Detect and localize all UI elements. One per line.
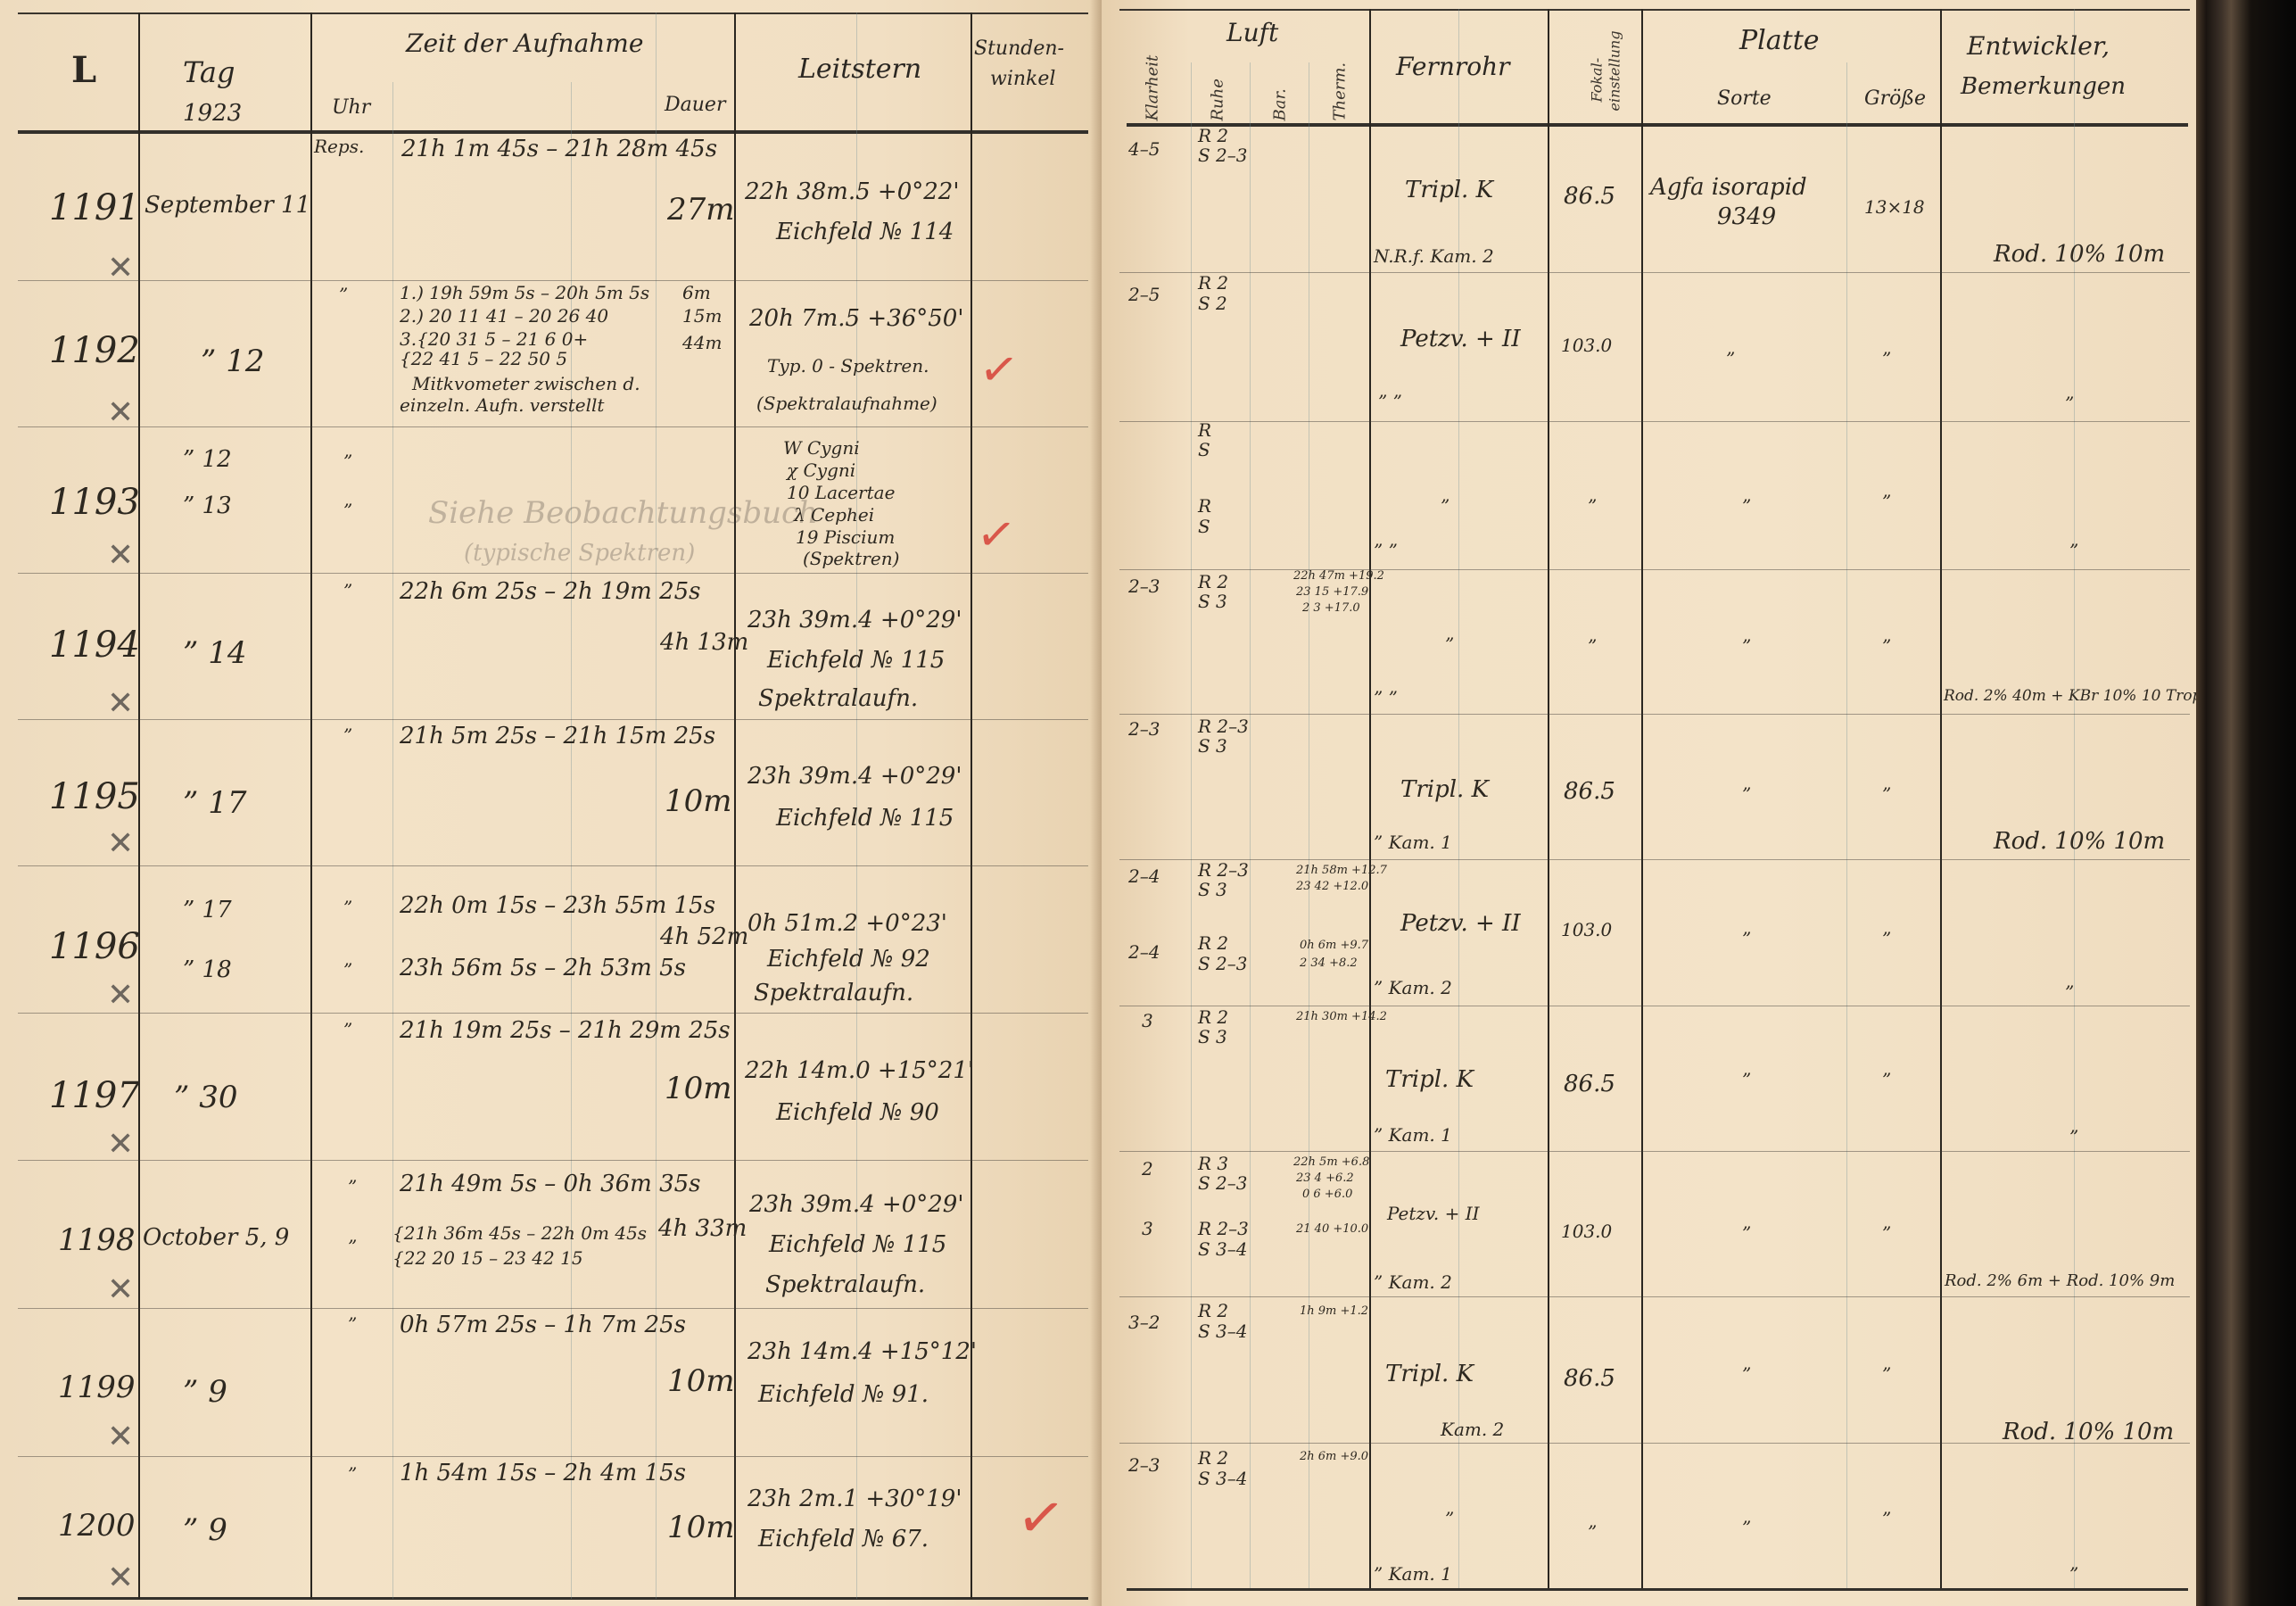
entry-leitstern: Eichfeld № 115	[776, 805, 954, 832]
red-check-icon: ✓	[1012, 1483, 1069, 1555]
header-bemerkungen: Bemerkungen	[1961, 73, 2126, 100]
entry-tag: ” 17	[183, 897, 232, 923]
entry-number: 1196	[49, 926, 140, 967]
entry-number: 1197	[49, 1075, 140, 1116]
entry-groesse: ”	[1882, 1222, 1891, 1244]
entry-zeit: {22 20 15 – 23 42 15	[392, 1247, 583, 1269]
entry-ruhe: R 2	[1198, 1300, 1228, 1321]
entry-therm: 23 15 +17.9	[1296, 585, 1368, 599]
entry-leitstern: 20h 7m.5 +36°50'	[749, 305, 963, 332]
row-line	[18, 426, 1088, 427]
row-line	[1119, 714, 2190, 715]
header-rule	[1127, 123, 2188, 127]
row-line	[1119, 1006, 2190, 1006]
entry-klarheit: 3	[1142, 1010, 1153, 1031]
pencil-x-icon: ✕	[107, 1419, 134, 1455]
entry-tag: ” 9	[183, 1374, 227, 1410]
entry-fernrohr: Tripl. K	[1385, 1361, 1474, 1387]
entry-fernrohr: ”	[1441, 495, 1449, 517]
entry-dauer: 10m	[665, 1071, 732, 1106]
entry-ruhe: R 2–3	[1198, 859, 1249, 881]
entry-zeit: 21h 5m 25s – 21h 15m 25s	[400, 723, 715, 749]
entry-klarheit: 2–3	[1128, 575, 1160, 597]
pencil-x-icon: ✕	[107, 825, 134, 862]
entry-zeit-note: (typische Spektren)	[464, 540, 695, 567]
entry-klarheit: 2–3	[1128, 1454, 1160, 1476]
entry-fernrohr-sub: N.R.f. Kam. 2	[1374, 245, 1494, 267]
entry-ruhe: S 3–4	[1198, 1468, 1248, 1489]
col-divider-dauer	[656, 12, 657, 1599]
row-line	[1119, 569, 2190, 570]
entry-fokal: ”	[1588, 495, 1597, 517]
entry-zeit: {22 41 5 – 22 50 5	[400, 348, 567, 369]
entry-dauer: 15m	[682, 305, 722, 327]
entry-tag: ” 18	[183, 956, 232, 983]
entry-therm: 23 4 +6.2	[1296, 1171, 1354, 1185]
row-line	[1119, 1151, 2190, 1152]
col-divider-zeit	[310, 12, 312, 1599]
entry-entwickler: ”	[2065, 981, 2074, 1003]
entry-fernrohr-sub: ” Kam. 1	[1374, 1563, 1452, 1585]
entry-groesse: ”	[1882, 1508, 1891, 1529]
top-rule	[1119, 9, 2190, 11]
entry-zeit: 21h 1m 45s – 21h 28m 45s	[401, 136, 717, 162]
entry-note: Mitkvometer zwischen d.	[412, 373, 640, 394]
entry-uhr: ”	[348, 1313, 357, 1335]
entry-ruhe: S 2	[1198, 293, 1227, 314]
red-check-icon: ✓	[973, 506, 1020, 564]
entry-number: 1199	[58, 1370, 136, 1405]
entry-fernrohr: Petzv. + II	[1400, 326, 1521, 352]
row-line	[18, 573, 1088, 574]
entry-therm: 1h 9m +1.2	[1300, 1304, 1368, 1318]
bottom-rule	[18, 1597, 1088, 1600]
entry-fokal: ”	[1588, 635, 1597, 657]
entry-zeit: 0h 57m 25s – 1h 7m 25s	[400, 1312, 686, 1338]
entry-sorte: 9349	[1717, 203, 1776, 230]
top-rule	[18, 12, 1088, 14]
header-groesse: Größe	[1864, 87, 1926, 110]
entry-tag: ” 17	[183, 785, 246, 821]
entry-tag: ” 13	[183, 493, 232, 519]
entry-number: 1200	[58, 1508, 136, 1544]
entry-groesse: ”	[1882, 928, 1891, 949]
entry-groesse: 13×18	[1864, 196, 1925, 218]
entry-dauer: 10m	[667, 1363, 735, 1399]
entry-ruhe: S 2–3	[1198, 145, 1248, 166]
row-line	[1119, 421, 2190, 422]
entry-number: 1192	[49, 330, 140, 371]
col-divider-fokal	[1548, 9, 1549, 1588]
entry-fokal: 86.5	[1564, 183, 1615, 210]
entry-zeit: 1.) 19h 59m 5s – 20h 5m 5s	[400, 282, 649, 303]
entry-groesse: ”	[1882, 348, 1891, 369]
entry-klarheit: 2–3	[1128, 718, 1160, 740]
entry-fernrohr: ”	[1445, 633, 1454, 655]
entry-uhr: ”	[348, 1463, 357, 1485]
header-stundenwinkel-2: winkel	[990, 68, 1055, 90]
entry-klarheit: 2–4	[1128, 865, 1160, 887]
entry-ruhe: S 3	[1198, 735, 1227, 757]
entry-note: einzeln. Aufn. verstellt	[400, 394, 604, 416]
entry-number: 1195	[49, 776, 140, 817]
entry-entwickler: ”	[2065, 393, 2074, 414]
entry-leitstern: 22h 14m.0 +15°21'	[745, 1057, 974, 1084]
entry-fernrohr: ”	[1445, 1508, 1454, 1529]
entry-entwickler: Rod. 2% 40m + KBr 10% 10 Tropf.	[1944, 687, 2212, 705]
entry-sorte: Agfa isorapid	[1650, 174, 1807, 201]
entry-groesse: ”	[1882, 491, 1891, 512]
entry-entwickler: Rod. 10% 10m	[1994, 241, 2165, 268]
entry-number: 1194	[49, 625, 140, 666]
entry-fokal: 86.5	[1564, 778, 1615, 805]
header-uhr: Uhr	[332, 96, 370, 119]
right-page: Luft Klarheit Ruhe Bar. Therm. Fernrohr …	[1102, 0, 2208, 1606]
header-therm: Therm.	[1331, 59, 1350, 121]
entry-therm: 22h 5m +6.8	[1293, 1155, 1369, 1169]
header-leitstern: Leitstern	[798, 54, 921, 85]
entry-leitstern: 23h 2m.1 +30°19'	[747, 1486, 962, 1512]
entry-groesse: ”	[1882, 1363, 1891, 1385]
entry-therm: 0h 6m +9.7	[1300, 939, 1368, 952]
entry-leitstern: W Cygni	[783, 437, 860, 459]
entry-entwickler: Rod. 10% 10m	[2003, 1419, 2174, 1445]
header-einstellung: einstellung	[1606, 13, 1623, 112]
book-cover-edge	[2196, 0, 2296, 1606]
entry-zeit: 22h 6m 25s – 2h 19m 25s	[400, 578, 701, 605]
entry-uhr: ”	[348, 1176, 357, 1197]
pencil-x-icon: x✕	[107, 250, 134, 286]
entry-sorte: ”	[1742, 495, 1751, 517]
pencil-x-icon: ✕	[107, 1271, 134, 1308]
row-line	[18, 865, 1088, 866]
entry-leitstern: 23h 39m.4 +0°29'	[747, 763, 962, 790]
entry-fokal: 103.0	[1561, 919, 1612, 940]
entry-therm: 21 40 +10.0	[1296, 1222, 1368, 1236]
entry-leitstern: (Spektren)	[803, 548, 899, 569]
pencil-x-icon: ✕	[107, 977, 134, 1014]
row-line	[1119, 1296, 2190, 1297]
pencil-x-icon: ✕	[107, 1126, 134, 1163]
row-line	[18, 719, 1088, 720]
entry-leitstern: Spektralaufn.	[754, 980, 913, 1006]
entry-fernrohr: Tripl. K	[1405, 177, 1493, 203]
entry-leitstern: 0h 51m.2 +0°23'	[747, 910, 947, 937]
entry-entwickler: ”	[2069, 1563, 2078, 1585]
entry-dauer: 10m	[667, 1510, 735, 1545]
entry-ruhe: S 3	[1198, 591, 1227, 612]
entry-tag: October 5, 9	[143, 1224, 289, 1251]
entry-leitstern: 23h 39m.4 +0°29'	[749, 1191, 963, 1218]
entry-uhr: ”	[343, 724, 352, 746]
entry-entwickler: Rod. 10% 10m	[1994, 828, 2165, 855]
entry-sorte: ”	[1726, 348, 1735, 369]
entry-tag: ” 30	[174, 1080, 237, 1115]
entry-ruhe: R 2	[1198, 272, 1228, 294]
row-line	[18, 280, 1088, 281]
entry-sorte: ”	[1742, 1222, 1751, 1244]
header-entwickler: Entwickler,	[1967, 31, 2110, 61]
entry-dauer: 4h 13m	[660, 629, 748, 656]
entry-klarheit: 2–5	[1128, 284, 1160, 305]
row-line	[18, 1456, 1088, 1457]
col-divider-bar	[1250, 62, 1251, 1588]
entry-ruhe: S 3	[1198, 1026, 1227, 1047]
header-klarheit: Klarheit	[1144, 59, 1162, 121]
entry-fernrohr-sub: Kam. 2	[1441, 1419, 1504, 1440]
entry-sorte: ”	[1742, 928, 1751, 949]
entry-fokal: 103.0	[1561, 1221, 1612, 1242]
entry-entwickler: Rod. 2% 6m + Rod. 10% 9m	[1945, 1271, 2175, 1290]
entry-groesse: ”	[1882, 1069, 1891, 1090]
entry-ruhe: R 2–3	[1198, 716, 1249, 737]
entry-therm: 2 34 +8.2	[1300, 956, 1358, 970]
header-stundenwinkel-1: Stunden-	[974, 37, 1064, 60]
entry-uhr: ”	[348, 1236, 357, 1257]
header-zeit-der-aufnahme: Zeit der Aufnahme	[406, 29, 643, 58]
entry-ruhe: S 3–4	[1198, 1238, 1248, 1260]
col-divider-platte	[1641, 9, 1643, 1588]
entry-number: 1191	[49, 187, 140, 228]
pencil-x-icon: ✕	[107, 537, 134, 574]
entry-entwickler: ”	[2069, 1126, 2078, 1147]
entry-fernrohr-sub: ” Kam. 2	[1374, 1271, 1452, 1293]
col-divider-groesse	[1846, 62, 1847, 1588]
entry-leitstern: Eichfeld № 91.	[758, 1381, 929, 1408]
entry-groesse: ”	[1882, 783, 1891, 805]
entry-ruhe: S 3	[1198, 879, 1227, 900]
bottom-rule	[1127, 1588, 2188, 1591]
entry-zeit: 3.{20 31 5 – 21 6 0+	[400, 328, 588, 350]
entry-leitstern: Eichfeld № 67.	[758, 1526, 929, 1552]
entry-fernrohr: Tripl. K	[1400, 776, 1489, 803]
header-fernrohr: Fernrohr	[1396, 52, 1510, 81]
row-line	[1119, 272, 2190, 273]
entry-leitstern: 22h 38m.5 +0°22'	[745, 178, 959, 205]
entry-uhr: ”	[339, 284, 348, 305]
entry-zeit: 21h 49m 5s – 0h 36m 35s	[400, 1171, 701, 1197]
entry-dauer: 27m	[667, 192, 735, 228]
entry-uhr: ”	[343, 897, 352, 918]
entry-leitstern: Eichfeld № 90	[776, 1099, 939, 1126]
entry-sorte: ”	[1742, 1517, 1751, 1538]
row-line	[18, 1308, 1088, 1309]
col-divider-ruhe	[1191, 62, 1192, 1588]
entry-ruhe: R 2	[1198, 571, 1228, 592]
entry-tag: ” 12	[183, 446, 232, 473]
entry-fokal: 86.5	[1564, 1071, 1615, 1097]
entry-klarheit: 3–2	[1128, 1312, 1160, 1333]
col-divider-fernrohr	[1369, 9, 1371, 1588]
entry-therm: 21h 58m +12.7	[1296, 864, 1387, 877]
entry-fokal: 86.5	[1564, 1365, 1615, 1392]
col-divider-entwickler	[1940, 9, 1942, 1588]
entry-dauer: 4h 52m	[660, 923, 748, 950]
pencil-x-icon: ✕	[107, 1560, 134, 1596]
entry-fernrohr: Tripl. K	[1385, 1066, 1474, 1093]
entry-fokal: ”	[1588, 1521, 1597, 1543]
entry-uhr: ”	[343, 500, 352, 521]
entry-number: 1198	[58, 1222, 136, 1258]
entry-leitstern: Spektralaufn.	[758, 685, 918, 712]
entry-klarheit: 4–5	[1128, 138, 1160, 160]
entry-tag: ” 9	[183, 1512, 227, 1548]
entry-fernrohr: Petzv. + II	[1387, 1203, 1480, 1224]
entry-leitstern: 23h 14m.4 +15°12'	[747, 1338, 977, 1365]
header-sorte: Sorte	[1717, 87, 1772, 110]
entry-zeit: 23h 56m 5s – 2h 53m 5s	[400, 955, 686, 981]
entry-ruhe: S	[1198, 516, 1210, 537]
entry-zeit: 1h 54m 15s – 2h 4m 15s	[400, 1460, 686, 1486]
entry-leitstern: Typ. 0 - Spektren.	[767, 355, 929, 377]
entry-ruhe: S 2–3	[1198, 953, 1248, 974]
entry-fernrohr-sub: ” Kam. 1	[1374, 832, 1452, 853]
entry-leitstern: χ Cygni	[787, 459, 855, 481]
entry-dauer: 44m	[682, 332, 722, 353]
entry-leitstern: Eichfeld № 114	[776, 219, 954, 245]
entry-entwickler: ”	[2069, 540, 2078, 561]
entry-number: 1193	[49, 482, 140, 523]
col-divider-leitstern	[734, 12, 736, 1599]
row-line	[1119, 859, 2190, 860]
entry-tag: ” 14	[183, 635, 246, 671]
entry-leitstern: Eichfeld № 92	[767, 946, 930, 973]
entry-ruhe: R 2	[1198, 1006, 1228, 1028]
entry-fokal: 103.0	[1561, 335, 1612, 356]
header-l: L	[71, 49, 96, 91]
entry-fernrohr-sub: ” ”	[1374, 687, 1398, 708]
entry-ruhe: R 2	[1198, 1447, 1228, 1469]
header-bar: Bar.	[1271, 68, 1290, 121]
header-dauer: Dauer	[665, 94, 725, 116]
entry-therm: 21h 30m +14.2	[1296, 1010, 1387, 1023]
entry-leitstern: λ Cephei	[794, 504, 874, 526]
red-check-icon: ✓	[976, 341, 1022, 399]
entry-sorte: ”	[1742, 1069, 1751, 1090]
entry-leitstern: 19 Piscium	[796, 526, 895, 548]
entry-sorte: ”	[1742, 1363, 1751, 1385]
entry-tag: ” 12	[201, 344, 264, 379]
entry-therm: 0 6 +6.0	[1302, 1188, 1352, 1201]
pencil-x-icon: ✕	[107, 394, 134, 431]
entry-therm: 2h 6m +9.0	[1300, 1450, 1368, 1463]
entry-fernrohr-sub: ” ”	[1378, 391, 1402, 412]
entry-zeit: 2.) 20 11 41 – 20 26 40	[400, 305, 608, 327]
row-line	[18, 1160, 1088, 1161]
col-divider-therm	[1309, 62, 1309, 1588]
entry-ruhe: R	[1198, 495, 1211, 517]
entry-leitstern: Eichfeld № 115	[769, 1231, 946, 1258]
header-ruhe: Ruhe	[1209, 68, 1227, 121]
entry-sorte: ”	[1742, 635, 1751, 657]
entry-zeit: 22h 0m 15s – 23h 55m 15s	[400, 892, 715, 919]
entry-fernrohr-sub: ” ”	[1374, 540, 1398, 561]
col-divider-uhr	[392, 82, 393, 1599]
entry-leitstern: 23h 39m.4 +0°29'	[747, 607, 962, 633]
header-fokal: Fokal-	[1589, 4, 1606, 103]
entry-zeit-note: Siehe Beobachtungsbuch	[428, 495, 818, 531]
entry-ruhe: R 2	[1198, 125, 1228, 146]
entry-therm: 2 3 +17.0	[1302, 601, 1360, 615]
entry-ruhe: R 3	[1198, 1153, 1228, 1174]
entry-therm: 22h 47m +19.2	[1293, 569, 1384, 583]
entry-uhr: ”	[343, 580, 352, 601]
entry-uhr: ”	[343, 451, 352, 472]
entry-ruhe: S 3–4	[1198, 1320, 1248, 1342]
pencil-x-icon: ✕	[107, 685, 134, 722]
header-rule	[18, 130, 1088, 134]
entry-klarheit: 3	[1142, 1218, 1153, 1239]
entry-groesse: ”	[1882, 635, 1891, 657]
entry-klarheit: 2–4	[1128, 941, 1160, 963]
entry-fernrohr-sub: ” Kam. 1	[1374, 1124, 1452, 1146]
entry-uhr: ”	[343, 959, 352, 981]
entry-ruhe: S 2–3	[1198, 1172, 1248, 1194]
entry-leitstern: 10 Lacertae	[787, 482, 895, 503]
entry-sorte: ”	[1742, 783, 1751, 805]
entry-therm: 23 42 +12.0	[1296, 880, 1368, 893]
left-page: L Tag 1923 Zeit der Aufnahme Uhr Dauer L…	[0, 0, 1102, 1606]
entry-leitstern: Spektralaufn.	[765, 1271, 925, 1298]
header-tag: Tag	[183, 55, 235, 89]
entry-dauer: 6m	[682, 282, 711, 303]
entry-klarheit: 2	[1142, 1158, 1153, 1180]
entry-uhr: ”	[343, 1019, 352, 1040]
entry-leitstern: Eichfeld № 115	[767, 647, 945, 674]
entry-ruhe: R	[1198, 419, 1211, 441]
entry-leitstern: (Spektralaufnahme)	[756, 393, 937, 414]
entry-fernrohr: Petzv. + II	[1400, 910, 1521, 937]
entry-ruhe: R 2	[1198, 932, 1228, 954]
header-platte: Platte	[1739, 25, 1820, 56]
header-year: 1923	[183, 100, 242, 127]
entry-fernrohr-sub: ” Kam. 2	[1374, 977, 1452, 998]
entry-zeit: {21h 36m 45s – 22h 0m 45s	[392, 1222, 647, 1244]
entry-tag: September 11	[145, 192, 310, 219]
entry-zeit: 21h 19m 25s – 21h 29m 25s	[400, 1017, 731, 1044]
entry-dauer: 10m	[665, 783, 732, 819]
entry-uhr: Reps.	[314, 136, 364, 157]
row-line	[18, 1013, 1088, 1014]
header-luft: Luft	[1226, 18, 1278, 47]
entry-ruhe: S	[1198, 439, 1210, 460]
entry-dauer: 4h 33m	[658, 1215, 747, 1242]
entry-ruhe: R 2–3	[1198, 1218, 1249, 1239]
